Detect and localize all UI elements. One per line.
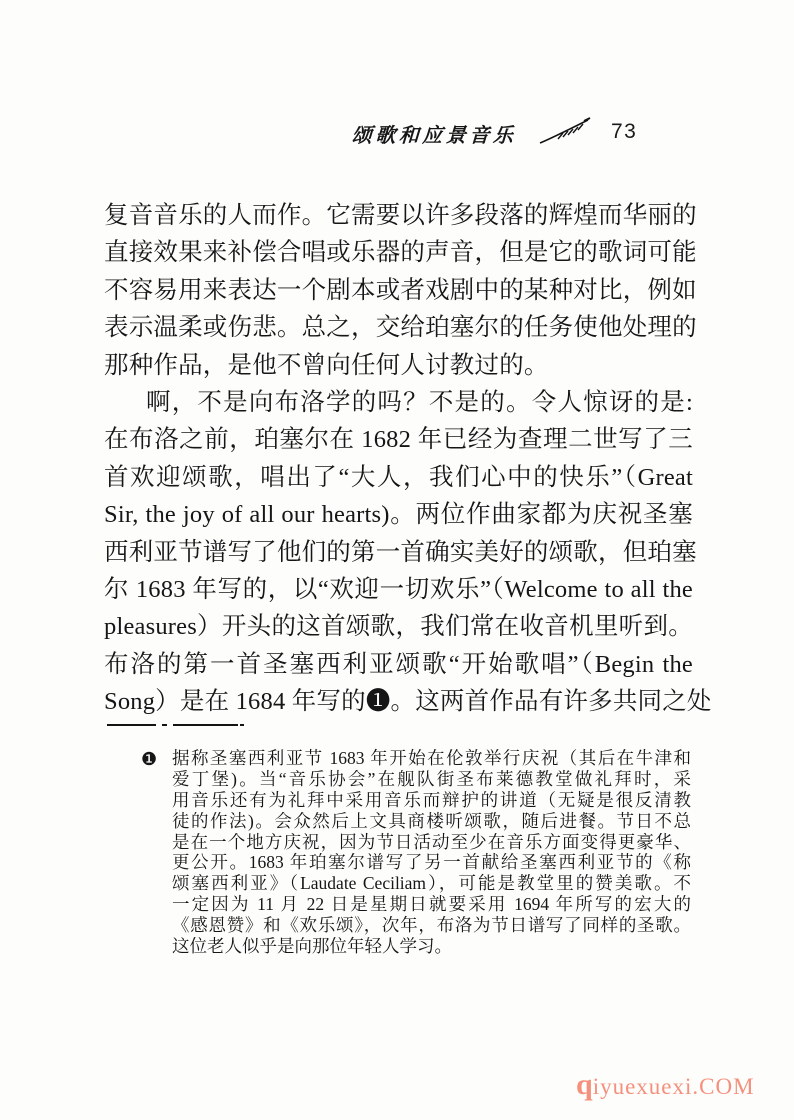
- watermark-domain: iyuexuexi.COM: [593, 1074, 755, 1100]
- site-watermark: qiyuexuexi.COM: [576, 1070, 755, 1100]
- footnote-marker-icon: ❶: [141, 749, 157, 770]
- footnote-line: 一定因为 11 月 22 日是星期日就要采用 1694 年所写的宏大的: [172, 894, 691, 915]
- body-line: Sir, the joy of all our hearts)。两位作曲家都为庆…: [104, 496, 693, 533]
- footnote-line: 爱丁堡)。当“音乐协会”在舰队街圣布莱德教堂做礼拜时，采: [172, 769, 691, 790]
- watermark-initial: q: [576, 1070, 593, 1100]
- footnote-line: 据称圣塞西利亚节 1683 年开始在伦敦举行庆祝（其后在牛津和: [172, 748, 691, 769]
- body-line-paragraph-start: 啊，不是向布洛学的吗？不是的。令人惊讶的是:: [104, 384, 693, 421]
- footnote-line: 是在一个地方庆祝，因为节日活动至少在音乐方面变得更豪华、: [172, 832, 691, 853]
- body-line: 直接效果来补偿合唱或乐器的声音，但是它的歌词可能: [104, 234, 693, 271]
- scanned-book-page: 颂歌和应景音乐 73 复音音乐的人而作。它需要以许多段落的辉煌而华丽的 直接效果…: [0, 0, 794, 1120]
- body-line: 在布洛之前，珀塞尔在 1682 年已经为查理二世写了三: [104, 421, 693, 458]
- footnote-line: 这位老人似乎是向那位年轻人学习。: [172, 936, 691, 957]
- body-line: 首欢迎颂歌，唱出了“大人，我们心中的快乐”（Great: [104, 459, 693, 496]
- footnote-line: 徒的作法)。会众然后上文具商楼听颂歌，随后进餐。节日不总: [172, 811, 691, 832]
- body-line: pleasures）开头的这首颂歌，我们常在收音机里听到。: [104, 608, 693, 645]
- body-line: 复音音乐的人而作。它需要以许多段落的辉煌而华丽的: [104, 197, 693, 234]
- footnote: ❶ 据称圣塞西利亚节 1683 年开始在伦敦举行庆祝（其后在牛津和 爱丁堡)。当…: [141, 748, 693, 957]
- footnote-line: 更公开。1683 年珀塞尔谱写了另一首献给圣塞西利亚节的《称: [172, 852, 691, 873]
- body-line: 表示温柔或伤悲。总之，交给珀塞尔的任务使他处理的: [104, 309, 693, 346]
- body-line: Song）是在 1684 年写的❶。这两首作品有许多共同之处: [104, 683, 693, 720]
- footnote-line: 用音乐还有为礼拜中采用音乐而辩护的讲道（无疑是很反清教: [172, 790, 691, 811]
- body-line: 尔 1683 年写的，以“欢迎一切欢乐”（Welcome to all the: [104, 571, 693, 608]
- body-line: 那种作品，是他不曾向任何人讨教过的。: [104, 347, 693, 384]
- body-line: 不容易用来表达一个剧本或者戏剧中的某种对比，例如: [104, 272, 693, 309]
- body-line: 布洛的第一首圣塞西利亚颂歌“开始歌唱”（Begin the: [104, 646, 693, 683]
- footnote-line: 《感恩赞》和《欢乐颂》，次年，布洛为节日谱写了同样的圣歌。: [172, 915, 691, 936]
- page-number: 73: [611, 120, 637, 144]
- footnote-separator: [107, 724, 244, 726]
- body-line: 西利亚节谱写了他们的第一首确实美好的颂歌，但珀塞: [104, 534, 693, 571]
- footnote-text: 据称圣塞西利亚节 1683 年开始在伦敦举行庆祝（其后在牛津和 爱丁堡)。当“音…: [172, 748, 691, 957]
- page-header-title: 颂歌和应景音乐: [351, 119, 517, 148]
- pen-flourish-icon: [538, 117, 592, 145]
- footnote-line: 颂塞西利亚》（Laudate Ceciliam），可能是教堂里的赞美歌。不: [172, 873, 691, 894]
- body-text: 复音音乐的人而作。它需要以许多段落的辉煌而华丽的 直接效果来补偿合唱或乐器的声音…: [104, 197, 693, 720]
